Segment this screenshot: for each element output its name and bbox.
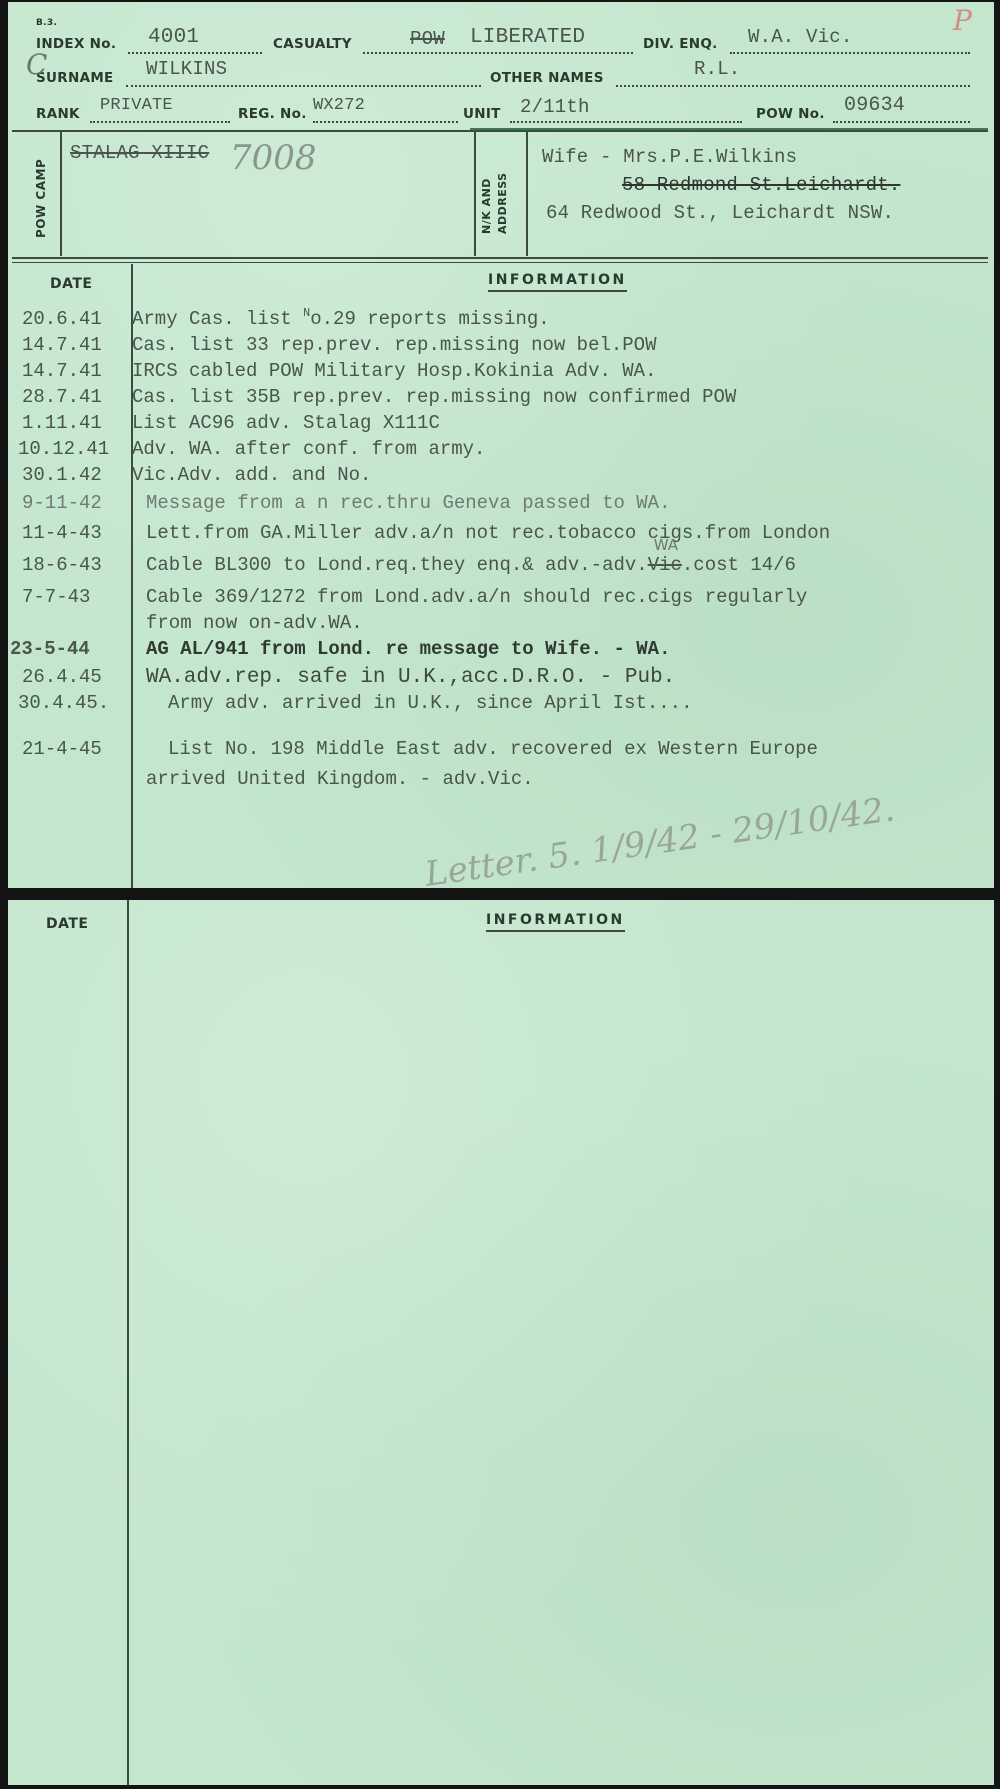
divider (470, 128, 988, 130)
nok-line1: Wife - Mrs.P.E.Wilkins (542, 146, 797, 168)
correction: VicWA (648, 554, 682, 576)
handwritten-letters-note: Letter. 5. 1/9/42 - 29/10/42. (423, 789, 898, 895)
divider (12, 257, 988, 259)
divider (12, 130, 988, 132)
row-date: 7-7-43 (22, 586, 90, 608)
row-info: Lett.from GA.Miller adv.a/n not rec.toba… (146, 522, 830, 544)
row-info: WA.adv.rep. safe in U.K.,acc.D.R.O. - Pu… (146, 666, 675, 689)
row-info: Cable BL300 to Lond.req.they enq.& adv.-… (146, 554, 796, 576)
row-info: AG AL/941 from Lond. re message to Wife.… (146, 638, 671, 660)
surname-value: WILKINS (146, 58, 227, 80)
reg-no-dots (313, 121, 458, 123)
row-date: 1.11.41 (22, 412, 102, 434)
row-date: 14.7.41 (22, 360, 102, 382)
index-value: 4001 (148, 26, 199, 49)
row-info: Cas. list 33 rep.prev. rep.missing now b… (132, 334, 657, 356)
date-header: DATE (50, 276, 92, 292)
row-info: List No. 198 Middle East adv. recovered … (168, 738, 818, 760)
row-date: 18-6-43 (22, 554, 102, 576)
index-dots (128, 52, 262, 54)
superscript: N (303, 306, 310, 320)
row-info: Message from a n rec.thru Geneva passed … (146, 492, 671, 514)
row-date: 20.6.41 (22, 308, 102, 330)
pow-no-label: POW No. (756, 106, 825, 122)
rank-value: PRIVATE (100, 96, 173, 115)
divider (526, 132, 528, 256)
pow-camp-handwritten: 7008 (230, 138, 317, 178)
column-divider (127, 900, 129, 1785)
struck-text: Vic (648, 554, 682, 576)
divider (474, 132, 476, 256)
form-code: B.3. (36, 18, 57, 28)
casualty-label: CASUALTY (273, 36, 352, 52)
pencil-circle-mark: C (26, 48, 47, 81)
div-enq-label: DIV. ENQ. (643, 36, 718, 52)
divider (60, 132, 62, 256)
row-date: 30.1.42 (22, 464, 102, 486)
casualty-dots (363, 52, 633, 54)
row-info: Army Cas. list No.29 reports missing. (132, 308, 550, 330)
casualty-value: LIBERATED (470, 26, 585, 49)
row-info: Cable 369/1272 from Lond.adv.a/n should … (146, 586, 807, 608)
row-date: 21-4-45 (22, 738, 102, 760)
row-date: 11-4-43 (22, 522, 102, 544)
back-information-header: INFORMATION (486, 912, 625, 932)
corner-mark: P (953, 4, 972, 37)
row-info: Cas. list 35B rep.prev. rep.missing now … (132, 386, 736, 408)
row-date: 10.12.41 (18, 438, 109, 460)
pow-camp-label: POW CAMP (34, 159, 48, 238)
row-date: 14.7.41 (22, 334, 102, 356)
reg-no-label: REG. No. (238, 106, 307, 122)
row-date: 9-11-42 (22, 492, 102, 514)
pow-no-value: 09634 (844, 94, 905, 117)
pow-camp-struck: STALAG XIIIC (70, 142, 209, 164)
record-card-back: DATE INFORMATION (8, 900, 994, 1785)
nok-line3: 64 Redwood St., Leichardt NSW. (546, 202, 894, 224)
row-info: Vic.Adv. add. and No. (132, 464, 371, 486)
other-names-label: OTHER NAMES (490, 70, 604, 86)
row-date: 28.7.41 (22, 386, 102, 408)
row-info: Army adv. arrived in U.K., since April I… (168, 692, 693, 714)
nok-line2-struck: 58-Redmond-St.Leichardt. (622, 174, 900, 196)
nok-label-line2: ADDRESS (496, 172, 509, 234)
nok-label-line1: N/K AND (480, 178, 493, 234)
row-info-continued: from now on-adv.WA. (146, 612, 363, 634)
div-enq-dots (730, 52, 970, 54)
unit-label: UNIT (463, 106, 501, 122)
row-info-continued: arrived United Kingdom. - adv.Vic. (146, 768, 534, 790)
unit-dots (510, 121, 742, 123)
casualty-struck: POW (410, 28, 445, 50)
rank-label: RANK (36, 106, 80, 122)
index-label: INDEX No. (36, 36, 116, 52)
handwritten-correction: WA (654, 536, 678, 554)
row-info: Adv. WA. after conf. from army. (132, 438, 485, 460)
row-date: 26.4.45 (22, 666, 102, 688)
record-card-front: B.3. P INDEX No. 4001 CASUALTY POW LIBER… (8, 2, 994, 888)
rank-dots (90, 121, 230, 123)
other-names-dots (616, 85, 970, 87)
row-info: List AC96 adv. Stalag X111C (132, 412, 440, 434)
div-enq-value: W.A. Vic. (748, 26, 852, 48)
divider (12, 262, 988, 263)
back-date-header: DATE (46, 916, 88, 932)
row-info: IRCS cabled POW Military Hosp.Kokinia Ad… (132, 360, 657, 382)
surname-label: SURNAME (36, 70, 114, 86)
information-header: INFORMATION (488, 272, 627, 292)
reg-no-value: WX272 (313, 96, 365, 115)
row-date: 23-5-44 (10, 638, 90, 660)
other-names-value: R.L. (694, 58, 740, 80)
surname-dots (126, 85, 481, 87)
unit-value: 2/11th (520, 96, 590, 118)
pow-no-dots (833, 121, 970, 123)
row-date: 30.4.45. (18, 692, 109, 714)
column-divider (131, 264, 133, 888)
